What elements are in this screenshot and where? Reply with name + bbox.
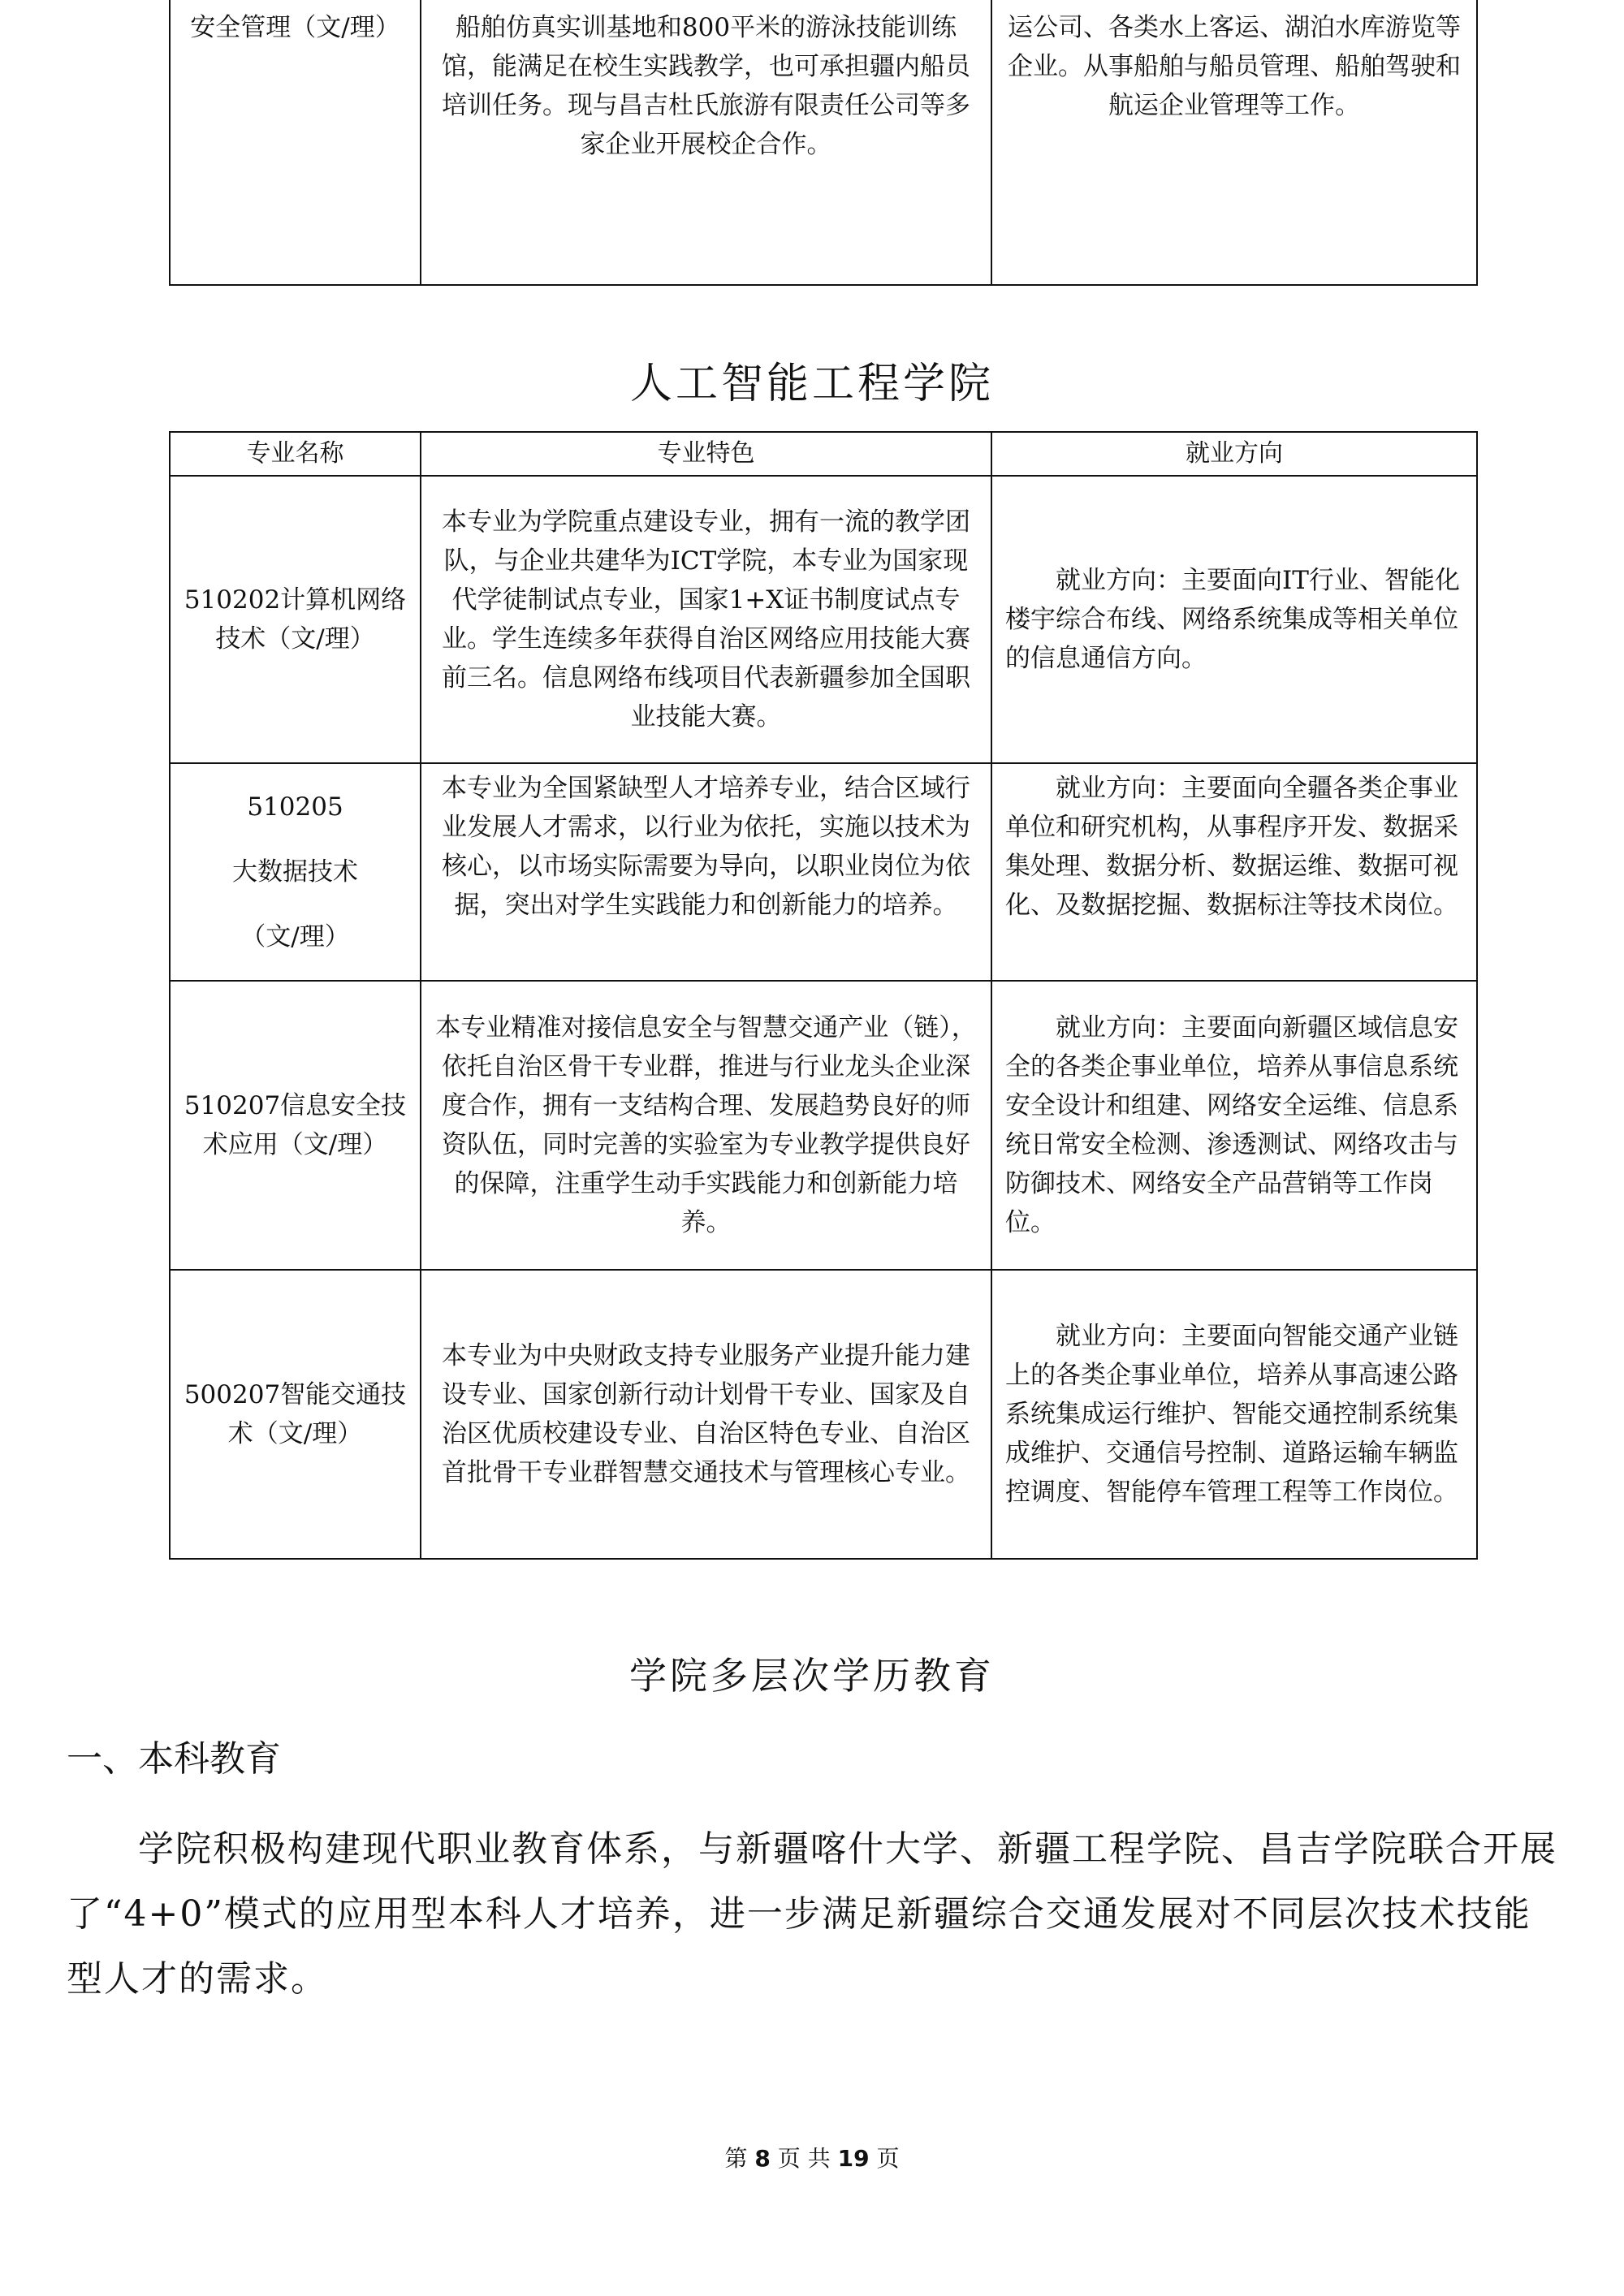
- major-name-cell: 510207信息安全技术应用（文/理）: [170, 981, 421, 1270]
- section-title-ai-college: 人工智能工程学院: [0, 349, 1624, 410]
- section-title-multilevel-education: 学院多层次学历教育: [0, 1646, 1624, 1700]
- major-job-cell: 就业方向：主要面向IT行业、智能化楼宇综合布线、网络系统集成等相关单位的信息通信…: [991, 476, 1477, 763]
- ai-college-major-table: 专业名称 专业特色 就业方向 510202计算机网络技术（文/理） 本专业为学院…: [169, 431, 1478, 1560]
- footer-prefix: 第: [724, 2145, 747, 2172]
- major-name-cell: 500207智能交通技术（文/理）: [170, 1270, 421, 1559]
- major-name-cell: 510202计算机网络技术（文/理）: [170, 476, 421, 763]
- major-feature-cell: 本专业为全国紧缺型人才培养专业，结合区域行业发展人才需求，以行业为依托，实施以技…: [421, 763, 991, 981]
- footer-middle: 页 共: [778, 2145, 831, 2172]
- undergraduate-paragraph: 学院积极构建现代职业教育体系，与新疆喀什大学、新疆工程学院、昌吉学院联合开展了“…: [67, 1817, 1557, 2012]
- page-footer: 第 8 页 共 19 页: [0, 2141, 1624, 2173]
- major-track: （文/理）: [184, 904, 407, 969]
- table-header-row: 专业名称 专业特色 就业方向: [170, 432, 1477, 476]
- column-header-employment: 就业方向: [991, 432, 1477, 476]
- table-row: 510205 大数据技术 （文/理） 本专业为全国紧缺型人才培养专业，结合区域行…: [170, 763, 1477, 981]
- table-row: 安全管理（文/理） 船舶仿真实训基地和800平米的游泳技能训练馆，能满足在校生实…: [170, 0, 1477, 285]
- continued-major-table: 安全管理（文/理） 船舶仿真实训基地和800平米的游泳技能训练馆，能满足在校生实…: [169, 0, 1478, 286]
- major-feature-cell: 本专业精准对接信息安全与智慧交通产业（链），依托自治区骨干专业群，推进与行业龙头…: [421, 981, 991, 1270]
- major-job-cell: 就业方向：主要面向全疆各类企事业单位和研究机构，从事程序开发、数据采集处理、数据…: [991, 763, 1477, 981]
- column-header-major-name: 专业名称: [170, 432, 421, 476]
- major-job-cell: 就业方向：主要面向新疆区域信息安全的各类企事业单位，培养从事信息系统安全设计和组…: [991, 981, 1477, 1270]
- major-feature-cell: 本专业为中央财政支持专业服务产业提升能力建设专业、国家创新行动计划骨干专业、国家…: [421, 1270, 991, 1559]
- major-title: 大数据技术: [184, 839, 407, 904]
- subheading-undergraduate: 一、本科教育: [67, 1729, 281, 1781]
- total-page-count: 19: [838, 2145, 870, 2172]
- footer-suffix: 页: [876, 2145, 899, 2172]
- table-row: 500207智能交通技术（文/理） 本专业为中央财政支持专业服务产业提升能力建设…: [170, 1270, 1477, 1559]
- column-header-major-feature: 专业特色: [421, 432, 991, 476]
- current-page-number: 8: [754, 2145, 770, 2172]
- major-feature-cell: 船舶仿真实训基地和800平米的游泳技能训练馆，能满足在校生实践教学，也可承担疆内…: [421, 0, 991, 285]
- major-feature-cell: 本专业为学院重点建设专业，拥有一流的教学团队，与企业共建华为ICT学院，本专业为…: [421, 476, 991, 763]
- major-name-cell: 安全管理（文/理）: [170, 0, 421, 285]
- major-job-cell: 就业方向：主要面向智能交通产业链上的各类企事业单位，培养从事高速公路系统集成运行…: [991, 1270, 1477, 1559]
- major-name-cell: 510205 大数据技术 （文/理）: [170, 763, 421, 981]
- table-row: 510207信息安全技术应用（文/理） 本专业精准对接信息安全与智慧交通产业（链…: [170, 981, 1477, 1270]
- major-code: 510205: [184, 775, 407, 839]
- table-row: 510202计算机网络技术（文/理） 本专业为学院重点建设专业，拥有一流的教学团…: [170, 476, 1477, 763]
- major-job-cell: 运公司、各类水上客运、湖泊水库游览等企业。从事船舶与船员管理、船舶驾驶和航运企业…: [991, 0, 1477, 285]
